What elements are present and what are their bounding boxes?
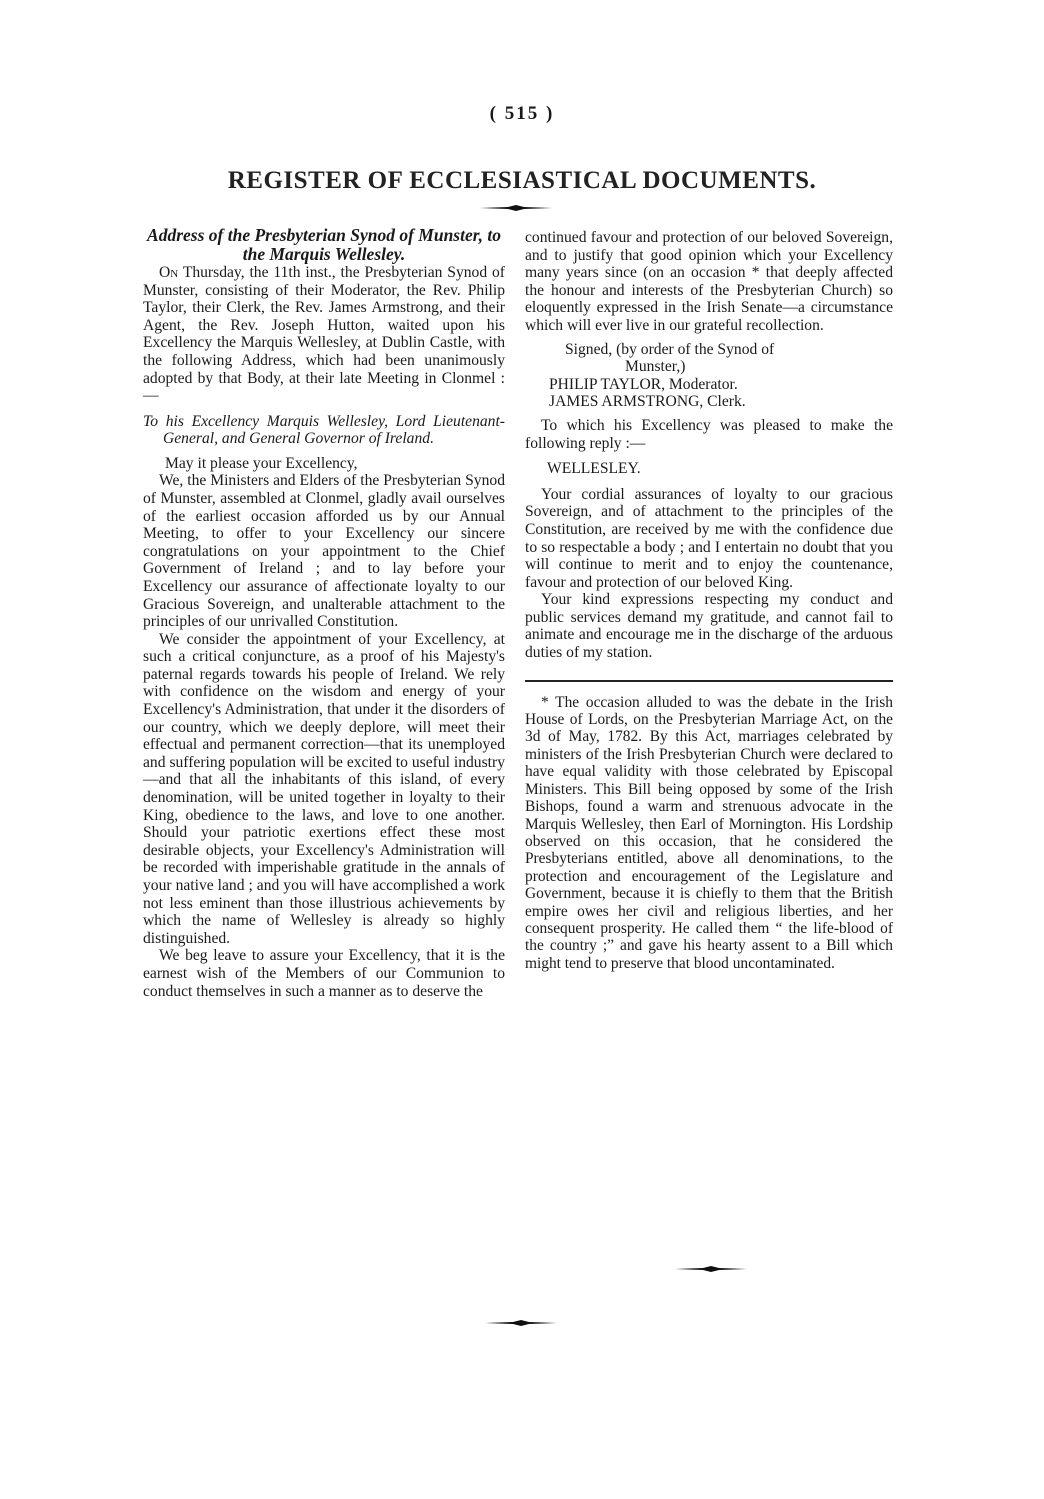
- reply-paragraph: Your kind expressions respecting my cond…: [525, 591, 893, 661]
- reply-title: WELLESLEY.: [525, 460, 893, 478]
- address-greeting: May it please your Excellency,: [143, 455, 505, 473]
- ornament-rule-icon: [485, 1320, 557, 1326]
- page-title: REGISTER OF ECCLESIASTICAL DOCUMENTS.: [0, 167, 1044, 195]
- intro-text: Thursday, the 11th inst., the Presbyteri…: [143, 264, 505, 404]
- intro-dropcap: On: [159, 264, 178, 281]
- reply-intro: To which his Excellency was pleased to m…: [525, 417, 893, 452]
- address-paragraph: We, the Ministers and Elders of the Pres…: [143, 472, 505, 630]
- page-number: ( 515 ): [0, 103, 1044, 125]
- right-column: continued favour and protection of our b…: [525, 229, 893, 972]
- reply-paragraph: Your cordial assurances of loyalty to ou…: [525, 486, 893, 592]
- address-salutation: To his Excellency Marquis Wellesley, Lor…: [143, 413, 505, 447]
- footnote: * The occasion alluded to was the debate…: [525, 694, 893, 973]
- signed-line: Signed, (by order of the Synod of Munste…: [525, 341, 893, 376]
- signatory-moderator: PHILIP TAYLOR, Moderator.: [525, 376, 893, 394]
- left-column: Address of the Presbyterian Synod of Mun…: [143, 226, 505, 1000]
- address-paragraph: We consider the appointment of your Exce…: [143, 631, 505, 948]
- address-continued: continued favour and protection of our b…: [525, 229, 893, 335]
- footnote-divider: [525, 680, 893, 682]
- signatory-clerk: JAMES ARMSTRONG, Clerk.: [525, 393, 893, 411]
- article-heading: Address of the Presbyterian Synod of Mun…: [143, 226, 505, 264]
- ornament-rule-icon: [675, 1266, 747, 1272]
- ornament-rule-icon: [480, 205, 552, 211]
- address-paragraph: We beg leave to assure your Excellency, …: [143, 947, 505, 1000]
- intro-paragraph: On Thursday, the 11th inst., the Presbyt…: [143, 264, 505, 405]
- signed-line-1: Signed, (by order of the Synod of: [565, 341, 774, 358]
- signed-line-2: Munster,): [565, 358, 893, 376]
